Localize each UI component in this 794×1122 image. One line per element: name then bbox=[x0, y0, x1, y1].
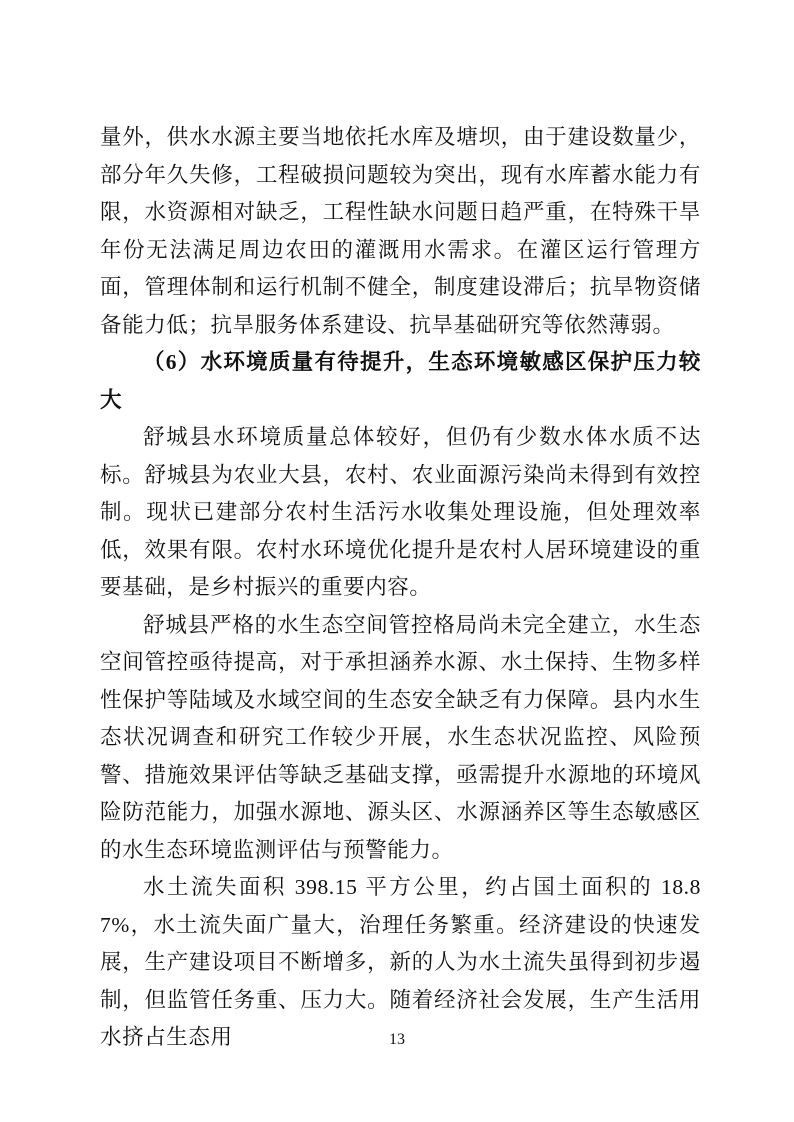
page-footer: 13 bbox=[0, 1030, 794, 1050]
document-page: 量外，供水水源主要当地依托水库及塘坝，由于建设数量少，部分年久失修，工程破损问题… bbox=[0, 0, 794, 1122]
paragraph-water-ecology: 舒城县严格的水生态空间管控格局尚未完全建立，水生态空间管控亟待提高，对于承担涵养… bbox=[100, 607, 701, 870]
paragraph-soil-erosion: 水土流失面积 398.15 平方公里，约占国土面积的 18.87%，水土流失面广… bbox=[100, 869, 701, 1057]
paragraph-drought-issues: 量外，供水水源主要当地依托水库及塘坝，由于建设数量少，部分年久失修，工程破损问题… bbox=[100, 119, 701, 344]
section-heading-water-environment: （6）水环境质量有待提升，生态环境敏感区保护压力较大 bbox=[100, 344, 701, 419]
paragraph-water-quality: 舒城县水环境质量总体较好，但仍有少数水体水质不达标。舒城县为农业大县，农村、农业… bbox=[100, 419, 701, 607]
page-number: 13 bbox=[389, 1031, 405, 1048]
text-block: 量外，供水水源主要当地依托水库及塘坝，由于建设数量少，部分年久失修，工程破损问题… bbox=[100, 119, 701, 1057]
